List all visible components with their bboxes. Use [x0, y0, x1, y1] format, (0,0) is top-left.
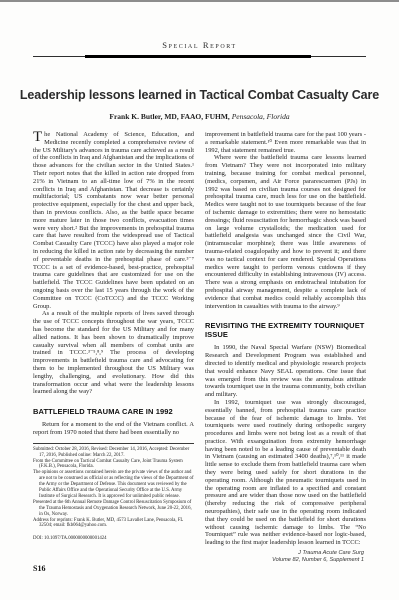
- header-rule-thick-segment: [85, 55, 311, 58]
- footnote-block: Submitted: October 28, 2016, Revised: De…: [33, 443, 194, 546]
- paragraph: As a result of the multiple reports of l…: [33, 310, 194, 396]
- paragraph-intro-text: he National Academy of Science, Educatio…: [33, 131, 194, 310]
- footnote-disclaimer: The opinions or assertions contained her…: [33, 470, 194, 500]
- author-location: Pensacola, Florida: [230, 112, 290, 121]
- footnote-reprints: Address for reprints: Frank K. Butler, M…: [33, 518, 194, 530]
- page-number: S16: [33, 564, 194, 573]
- footnote-presented: Presented at the 6th Annual Remote Damag…: [33, 500, 194, 518]
- scan-artifact-bar: [0, 0, 399, 2]
- header-rule: [33, 56, 366, 57]
- journal-issue: Volume 82, Number 6, Supplement 1: [205, 557, 364, 564]
- paragraph-intro: The National Academy of Science, Educati…: [33, 131, 194, 310]
- author-line: Frank K. Butler, MD, FAAO, FUHM, Pensaco…: [0, 112, 399, 121]
- section-kicker: Special Report: [0, 40, 399, 50]
- footnote-affiliation: From the Committee on Tactical Combat Ca…: [33, 459, 194, 471]
- article-title: Leadership lessons learned in Tactical C…: [18, 88, 381, 102]
- journal-citation: J Trauma Acute Care Surg Volume 82, Numb…: [205, 550, 366, 564]
- journal-page: Special Report Leadership lessons learne…: [0, 0, 399, 600]
- drop-cap: T: [33, 131, 44, 144]
- paragraph: In 1990, the Naval Special Warfare (NSW)…: [205, 344, 366, 399]
- article-body: The National Academy of Science, Educati…: [33, 131, 366, 573]
- paragraph: Return for a moment to the end of the Vi…: [33, 421, 194, 437]
- doi-line: DOI: 10.1097/TA.0000000000001424: [33, 536, 194, 541]
- paragraph: In 1992, tourniquet use was strongly dis…: [205, 399, 366, 547]
- paragraph: Where were the battlefield trauma care l…: [205, 154, 366, 310]
- section-heading-battlefield-1992: BATTLEFIELD TRAUMA CARE IN 1992: [33, 407, 194, 416]
- author-name: Frank K. Butler, MD, FAAO, FUHM,: [109, 112, 229, 121]
- journal-name: J Trauma Acute Care Surg: [205, 550, 364, 557]
- section-heading-tourniquet: REVISITING THE EXTREMITY TOURNIQUET ISSU…: [205, 321, 366, 339]
- footnote-submitted: Submitted: October 28, 2016, Revised: De…: [33, 447, 194, 459]
- left-column: The National Academy of Science, Educati…: [33, 131, 194, 573]
- paragraph-continuation: improvement in battlefield trauma care f…: [205, 131, 366, 154]
- right-column: improvement in battlefield trauma care f…: [205, 131, 366, 573]
